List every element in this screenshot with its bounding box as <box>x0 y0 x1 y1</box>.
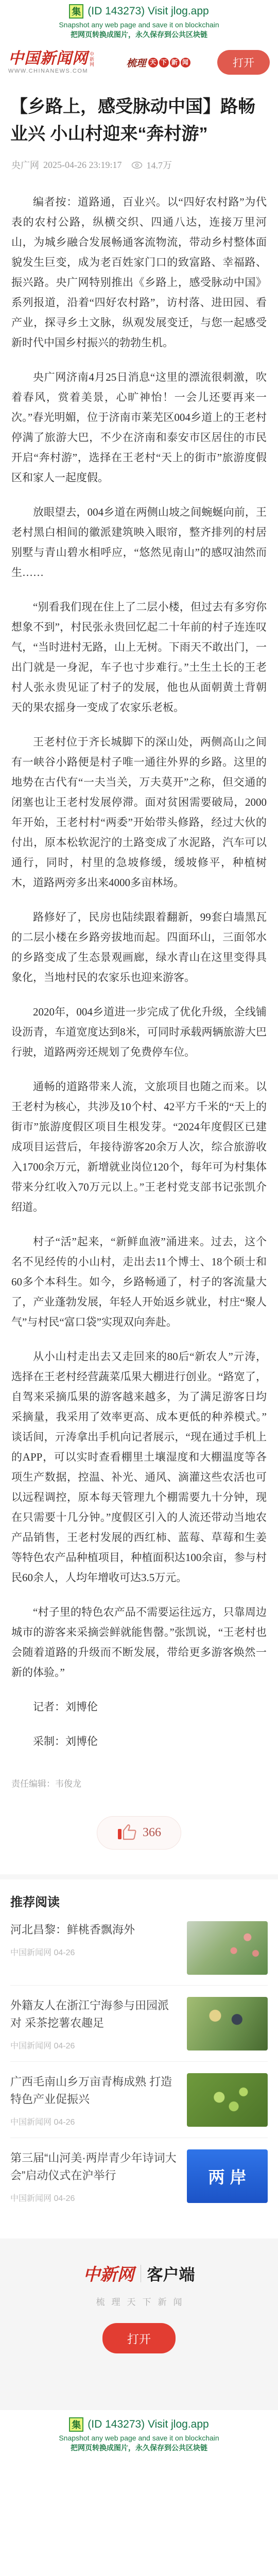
article-body: 编者按：道路通，百业兴。以“四好农村路”为代表的农村公路，纵横交织、四通八达，连… <box>0 172 278 1752</box>
chinanews-logo-text: 中国新闻网 <box>8 50 88 67</box>
paragraph: 路修好了，民房也陆续跟着翻新，99套白墙黑瓦的二层小楼在乡路旁拔地而起。四面环山… <box>11 907 267 988</box>
paragraph: “村子里的特色农产品不需要运往远方，只靠周边城市的游客来采摘尝鲜就能售罄。”张凯… <box>11 1602 267 1683</box>
article-title: 【乡路上，感受脉动中国】路畅业兴 小山村迎来“奔村游” <box>0 82 278 148</box>
recommended-item-title[interactable]: 河北昌黎：鲜桃香飘海外 <box>10 1921 179 1939</box>
jlog-ad-banner-top[interactable]: 集 (ID 143273) Visit jlog.app Snapshot an… <box>0 0 278 45</box>
recommended-item[interactable]: 外籍友人在浙江宁海参与田园派对 采茶挖薯农趣足 中国新闻网 04-26 <box>10 1986 268 2062</box>
recommended-item-source: 中国新闻网 <box>10 2118 51 2127</box>
chinanews-logo[interactable]: 中国新闻网 中新网 WWW.CHINANEWS.COM <box>8 50 96 74</box>
site-header: 中国新闻网 中新网 WWW.CHINANEWS.COM 梳理 天 下 新 闻 打… <box>0 45 278 82</box>
recommended-item-title[interactable]: 外籍友人在浙江宁海参与田园派对 采茶挖薯农趣足 <box>10 1997 179 2032</box>
recommended-item-title[interactable]: 第三届“山河美·两岸青少年诗词大会”启动仪式在沪举行 <box>10 2149 179 2184</box>
jlog-ad-line-en: Snapshot any web page and save it on blo… <box>0 2434 278 2442</box>
ji-badge-icon: 集 <box>69 2417 83 2432</box>
slogan-char: 新 <box>170 58 180 67</box>
jlog-ad-banner-bottom[interactable]: 集 (ID 143273) Visit jlog.app Snapshot an… <box>0 2410 278 2458</box>
recommended-item[interactable]: 河北昌黎：鲜桃香飘海外 中国新闻网 04-26 <box>10 1910 268 1986</box>
paragraph: 编者按：道路通，百业兴。以“四好农村路”为代表的农村公路，纵横交织、四通八达，连… <box>11 192 267 353</box>
article-datetime: 2025-04-26 23:19:17 <box>43 160 122 171</box>
recommended-item[interactable]: 第三届“山河美·两岸青少年诗词大会”启动仪式在沪举行 中国新闻网 04-26 两… <box>10 2138 268 2214</box>
recommended-item-source: 中国新闻网 <box>10 1948 51 1957</box>
recommended-item-source: 中国新闻网 <box>10 2194 51 2203</box>
ji-badge-icon: 集 <box>69 4 83 19</box>
paragraph: 放眼望去，004乡道在两侧山坡之间蜿蜒向前，王老村黑白相间的徽派建筑映入眼帘，整… <box>11 502 267 583</box>
recommended-item[interactable]: 广西毛南山乡万亩青梅成熟 打造特色产业促振兴 中国新闻网 04-26 <box>10 2062 268 2138</box>
eye-icon <box>131 161 143 169</box>
like-count: 366 <box>143 1826 161 1840</box>
recommended-item-date: 04-26 <box>54 2042 75 2050</box>
paragraph: 央广网济南4月25日消息“这里的漂流很刺激，吹着春风，赏着美景，心旷神怡！一会儿… <box>11 367 267 488</box>
jlog-ad-title[interactable]: (ID 143273) Visit jlog.app <box>88 2418 208 2431</box>
jlog-ad-line-zh: 把网页转换成图片，永久保存到公共区块链 <box>0 29 278 40</box>
footer-chinanews-logo: 中新网 <box>83 2261 134 2285</box>
jlog-ad-line-zh: 把网页转换成图片，永久保存到公共区块链 <box>0 2443 278 2453</box>
slogan-char: 天 <box>148 58 158 67</box>
recommended-item-thumbnail[interactable] <box>187 1997 268 2050</box>
paragraph: 王老村位于齐长城脚下的深山处，两侧高山之间有一峡谷小路便是村子唯一通往外界的乡路… <box>11 732 267 893</box>
recommended-item-date: 04-26 <box>54 2118 75 2127</box>
paragraph: 2020年，004乡道进一步完成了优化升级，全线铺设沥青，车道宽度达到8米，可同… <box>11 1002 267 1062</box>
recommended-item-date: 04-26 <box>54 2194 75 2203</box>
recommended-item-thumbnail[interactable] <box>187 2073 268 2127</box>
app-footer: 中新网 客户端 梳理天下新闻 打开 <box>0 2239 278 2410</box>
article-source: 央广网 <box>11 158 39 172</box>
recommended-item-thumbnail[interactable]: 两岸 <box>187 2149 268 2203</box>
liangan-thumb-text: 两岸 <box>203 2164 251 2188</box>
footer-slogan: 梳理天下新闻 <box>0 2295 278 2308</box>
paragraph: 从小山村走出去又走回来的80后“新农人”亓涛，选择在王老村经营蔬菜瓜果大棚进行创… <box>11 1347 267 1588</box>
reporter-credit: 记者：刘博伦 <box>11 1697 267 1717</box>
slogan-char: 闻 <box>181 58 190 67</box>
like-button[interactable]: 366 <box>97 1816 181 1850</box>
paragraph: “别看我们现在住上了二层小楼，但过去有多穷你想象不到”，村民张永贵回忆起二十年前… <box>11 597 267 718</box>
recommended-item-title[interactable]: 广西毛南山乡万亩青梅成熟 打造特色产业促振兴 <box>10 2073 179 2108</box>
producer-credit: 采制：刘博伦 <box>11 1732 267 1752</box>
slogan-graphic: 梳理 天 下 新 闻 <box>126 56 190 70</box>
paragraph: 通畅的道路带来人流，文旅项目也随之而来。以王老村为核心，共涉及10个村、42平方… <box>11 1077 267 1217</box>
paragraph: 村子“活”起来，“新鲜血液”涌进来。过去，这个名不见经传的小山村，走出去11个博… <box>11 1232 267 1332</box>
section-divider <box>0 1874 278 1879</box>
jlog-ad-line-en: Snapshot any web page and save it on blo… <box>0 21 278 29</box>
footer-open-app-button[interactable]: 打开 <box>102 2323 176 2353</box>
footer-app-label: 客户端 <box>147 2262 195 2285</box>
recommended-heading: 推荐阅读 <box>10 1892 268 1910</box>
footer-logo-divider <box>141 2265 141 2282</box>
thumb-up-icon <box>117 1824 137 1842</box>
slogan-char: 下 <box>159 58 169 67</box>
recommended-section: 推荐阅读 河北昌黎：鲜桃香飘海外 中国新闻网 04-26 外籍友人在浙江宁海参与… <box>0 1879 278 2229</box>
slogan-prefix: 梳理 <box>126 56 146 70</box>
responsible-editor: 责任编辑：韦俊龙 <box>0 1776 278 1789</box>
article-meta: 央广网 2025-04-26 23:19:17 14.7万 <box>0 158 278 172</box>
chinanews-logo-url: WWW.CHINANEWS.COM <box>8 68 96 74</box>
recommended-item-source: 中国新闻网 <box>10 2042 51 2050</box>
view-count: 14.7万 <box>147 158 172 172</box>
recommended-item-date: 04-26 <box>54 1948 75 1957</box>
jlog-ad-title[interactable]: (ID 143273) Visit jlog.app <box>88 5 208 18</box>
open-app-button[interactable]: 打开 <box>217 50 270 75</box>
chinanews-logo-side: 中新网 <box>90 52 96 67</box>
recommended-item-thumbnail[interactable] <box>187 1921 268 1975</box>
